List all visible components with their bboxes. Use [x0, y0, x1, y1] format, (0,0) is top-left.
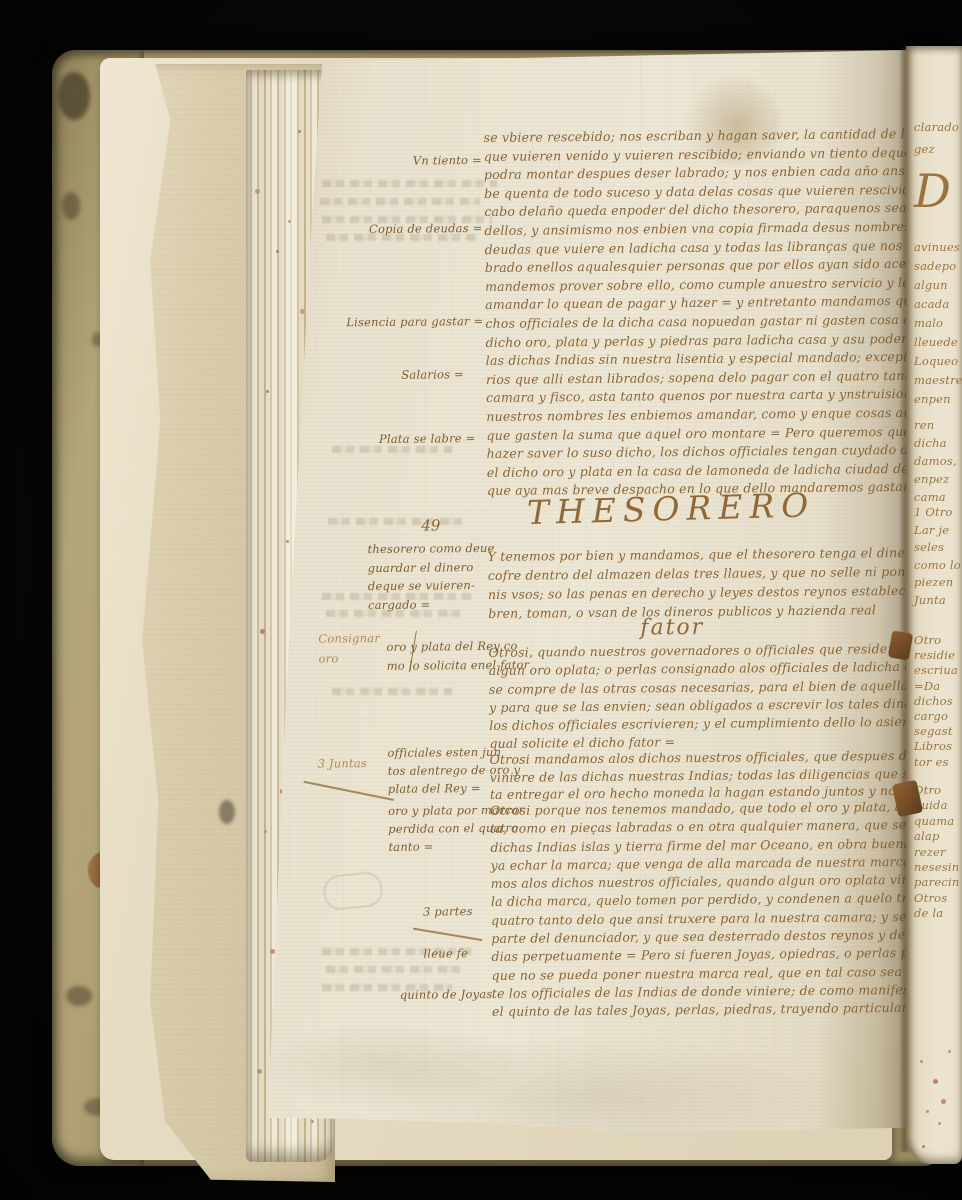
text-line: rios que alli estan librados; sopena del… — [486, 366, 962, 390]
show-through — [320, 198, 480, 205]
text-line: que vuieren venido y vuieren rescibido; … — [484, 142, 962, 166]
text-line: hazer saver lo suso dicho, los dichos of… — [487, 440, 962, 464]
text-line: mo lo solicita enel fator — [387, 656, 530, 676]
text-line: Consignar — [318, 628, 380, 649]
text-line: y para que se las envien; sean obligados… — [489, 694, 962, 717]
text-line: clarado — [914, 116, 959, 138]
show-through — [326, 966, 466, 973]
text-line: Loqueo — [914, 352, 962, 371]
text-line: nesesin — [914, 860, 959, 875]
body-paragraph-5: Otrosi porque nos tenemos mandado, que t… — [490, 797, 962, 1022]
text-line: residie — [914, 648, 958, 663]
text-line: malo — [914, 314, 962, 333]
text-line: oro — [318, 648, 380, 669]
text-line: cargo — [914, 709, 958, 724]
show-through — [332, 446, 452, 453]
text-line: cofre dentro del almazen delas tres llau… — [488, 561, 962, 585]
text-line: qual solicite el dicho fator = — [489, 730, 962, 753]
text-line: cargado = — [368, 595, 495, 615]
text-line: podra montar despues deser labrado; y no… — [484, 161, 962, 185]
text-line: el quinto de las tales Joyas, perlas, pi… — [492, 998, 962, 1021]
show-through — [328, 518, 468, 525]
text-line: Otro — [914, 783, 959, 798]
text-line: guardar el dinero — [368, 557, 495, 577]
page-stain — [682, 78, 782, 164]
text-line: parte del denunciador, y que sea desterr… — [491, 925, 962, 948]
text-line: el dicho oro y plata en la casa de lamon… — [487, 459, 962, 483]
cover-stain — [66, 986, 92, 1006]
illuminated-initial: D — [914, 164, 951, 218]
text-line: piezen — [914, 574, 961, 592]
margin-bracket — [399, 629, 417, 672]
text-line: escriua — [914, 663, 958, 678]
text-line: que gasten la suma que aquel oro montare… — [486, 421, 962, 445]
margin-note-quinto-de-joyas: quinto de Joyas — [400, 987, 493, 1002]
section-heading-thesorero: THESORERO — [441, 483, 902, 534]
show-through — [322, 948, 472, 955]
pen-flourish — [413, 928, 482, 941]
text-line: dichos — [914, 694, 958, 709]
margin-note-plata-se-labre: Plata se labre = — [340, 431, 475, 446]
text-line: deudas que vuiere en ladicha casa y toda… — [485, 235, 962, 259]
text-line: dichas Indias islas y tierra firme del m… — [490, 833, 962, 856]
text-line: plata del Rey = — [388, 779, 521, 798]
text-line: oro y plata del Rey co — [386, 637, 529, 657]
body-paragraph-2: Y tenemos por bien y mandamos, que el th… — [488, 542, 962, 623]
text-line: Libros — [914, 739, 958, 754]
show-through — [326, 234, 476, 241]
text-line: lleuede — [914, 333, 962, 352]
body-paragraph-4: Otrosi mandamos alos dichos nuestros off… — [489, 746, 962, 804]
text-line: perdida con el quatro — [388, 819, 524, 838]
margin-note-lisencia-para-gastar: Lisencia para gastar = — [333, 314, 483, 329]
show-through — [322, 216, 492, 223]
text-line: enpez — [914, 470, 957, 488]
text-line: parecin — [914, 875, 959, 890]
text-line: te los officiales de las Indias de donde… — [492, 980, 962, 1003]
text-line: tor es — [914, 755, 958, 770]
text-line: acada — [914, 295, 962, 314]
text-line: tos alentrego de oro y — [388, 761, 521, 780]
text-line: segast — [914, 724, 958, 739]
text-line: Otro — [914, 633, 958, 648]
margin-note-salarios: Salarios = — [334, 367, 464, 382]
margin-note-tres-juntas: 3 Juntas — [318, 756, 368, 770]
page-text-layer: Vn tiento = Copia de deudas = Lisencia p… — [257, 47, 915, 1145]
text-line: algun — [914, 276, 962, 295]
text-line: camara y fisco, asta tanto quenos por nu… — [486, 384, 962, 408]
text-line: thesorero como deue — [367, 539, 494, 559]
text-line: deque se vuieren- — [368, 576, 495, 596]
manuscript-photo: Vn tiento = Copia de deudas = Lisencia p… — [0, 0, 962, 1200]
text-line: mandemos prover sobre ello, como cumple … — [485, 273, 962, 297]
text-line: alap — [914, 829, 959, 844]
ink-smudge — [219, 800, 235, 824]
text-line: dellos, y ansimismo nos enbien vna copia… — [484, 217, 962, 241]
text-line: los dichos officiales escrivieren; y el … — [489, 712, 962, 735]
text-line: oro y plata por marcar — [388, 801, 524, 820]
show-through — [326, 610, 466, 617]
text-line: seles — [914, 539, 961, 557]
text-line: gez — [914, 138, 959, 160]
text-line: Y tenemos por bien y mandamos, que el th… — [488, 542, 962, 566]
text-line: se compre de las otras cosas necesarias,… — [489, 676, 962, 699]
manuscript-page: Vn tiento = Copia de deudas = Lisencia p… — [262, 50, 910, 1142]
text-line: las dichas Indias sin nuestra lisentia y… — [486, 347, 962, 371]
section-heading-fator: fator — [442, 613, 902, 642]
text-line: que aya mas breve despacho en lo que del… — [487, 477, 962, 501]
body-paragraph-1: se vbiere rescebido; nos escriban y haga… — [484, 124, 962, 501]
margin-note-copia-de-deudas: Copia de deudas = — [342, 221, 482, 236]
text-line: tanto = — [388, 837, 524, 856]
text-line: que no se pueda poner nuestra marca real… — [492, 961, 962, 984]
text-line: ta, como en pieças labradas o en otra qu… — [490, 815, 962, 838]
margin-note-tres-partes: 3 partes — [423, 904, 473, 918]
text-line: ta entregar el oro hecho moneda la hagan… — [490, 781, 962, 804]
text-line: como lo — [914, 557, 961, 575]
text-line: nis vsos; so las penas en derecho y leye… — [488, 580, 962, 604]
text-line: quatro tanto delo que ansi truxere para … — [491, 907, 962, 930]
margin-note-lleue-fe: lleue fe — [423, 946, 468, 960]
cover-stain — [62, 192, 80, 220]
margin-note-officiales-juntos: officiales esten juntos alentrego de oro… — [387, 743, 520, 798]
next-page-fragments: avinuessadepoalgunacadamalolleuedeLoqueo… — [914, 238, 962, 409]
text-line: dias perpetuamente = Pero si fueren Joya… — [491, 943, 962, 966]
text-line: brado enellos aqualesquier personas que … — [485, 254, 962, 278]
text-line: be quenta de todo suceso y data delas co… — [484, 180, 962, 204]
text-line: 1 Otro — [914, 504, 961, 522]
show-through — [332, 688, 452, 695]
margin-note-oro-plata-fator: oro y plata del Rey como lo solicita ene… — [386, 637, 529, 676]
cover-stain — [58, 72, 90, 120]
text-line: Lar je — [914, 522, 961, 540]
text-line: =Da — [914, 679, 958, 694]
text-line: damos, — [914, 452, 957, 470]
text-line: dicho oro, plata y perlas y piedras para… — [485, 328, 962, 352]
text-line: ya echar la marca; que venga de alla mar… — [490, 852, 962, 875]
pen-flourish — [304, 781, 394, 801]
text-line: se vbiere rescebido; nos escriban y haga… — [484, 124, 962, 148]
text-line: dicha — [914, 434, 957, 452]
text-line: Otrosi porque nos tenemos mandado, que t… — [490, 797, 962, 820]
text-line: ren — [914, 416, 957, 434]
text-line: avinues — [914, 238, 962, 257]
show-through — [322, 180, 497, 187]
show-through — [322, 984, 452, 991]
text-line: rezer — [914, 845, 959, 860]
edge-speckles — [246, 70, 249, 73]
text-line: quama — [914, 814, 959, 829]
margin-note-consignar-oro: Consignaroro — [318, 628, 380, 669]
edge-speckles — [914, 1040, 917, 1043]
margin-note-oro-por-marcar: oro y plata por marcarperdida con el qua… — [388, 801, 525, 856]
text-line: maestre — [914, 371, 962, 390]
text-line: algun oro oplata; o perlas consignado al… — [489, 657, 962, 680]
text-line: enpen — [914, 390, 962, 409]
margin-note-thesorero-guardar: thesorero como deueguardar el dinerodequ… — [367, 539, 495, 615]
next-page-fragments: claradogez — [914, 116, 959, 160]
next-page-fragments: 1 OtroLar jeselescomo lopiezenJunta — [914, 504, 961, 609]
show-through — [322, 593, 472, 600]
text-line: Otrosi mandamos alos dichos nuestros off… — [489, 746, 962, 769]
margin-note-un-tiento: Vn tiento = — [342, 153, 482, 168]
next-page-edge: claradogez D avinuessadepoalgunacadamalo… — [906, 46, 962, 1164]
text-line: amandar lo quean de pagar y hazer = y en… — [485, 291, 962, 315]
text-line: viniere de las dichas nuestras Indias; t… — [490, 763, 962, 786]
text-line: sadepo — [914, 257, 962, 276]
text-line: de la — [914, 906, 959, 921]
text-line: Junta — [914, 592, 961, 610]
text-line: nuestros nombres les enbiemos amandar, c… — [486, 403, 962, 427]
stamp-show-through — [322, 871, 383, 911]
text-line: cabo delaño queda enpoder del dicho thes… — [484, 198, 962, 222]
text-line: chos officiales de la dicha casa nopueda… — [485, 310, 962, 334]
text-line: la dicha marca, quelo tomen por perdido,… — [491, 888, 962, 911]
text-line: officiales esten jun — [387, 743, 520, 762]
text-line: Otros — [914, 891, 959, 906]
text-line: mos alos dichos nuestros officiales, qua… — [491, 870, 962, 893]
text-line: bren, toman, o vsan de los dineros publi… — [488, 599, 962, 623]
next-page-fragments: Otroresidieescriua=DadichoscargosegastLi… — [914, 633, 958, 770]
folio-number: 49 — [421, 516, 440, 534]
next-page-fragments: rendichadamos,enpezcama — [914, 416, 957, 506]
